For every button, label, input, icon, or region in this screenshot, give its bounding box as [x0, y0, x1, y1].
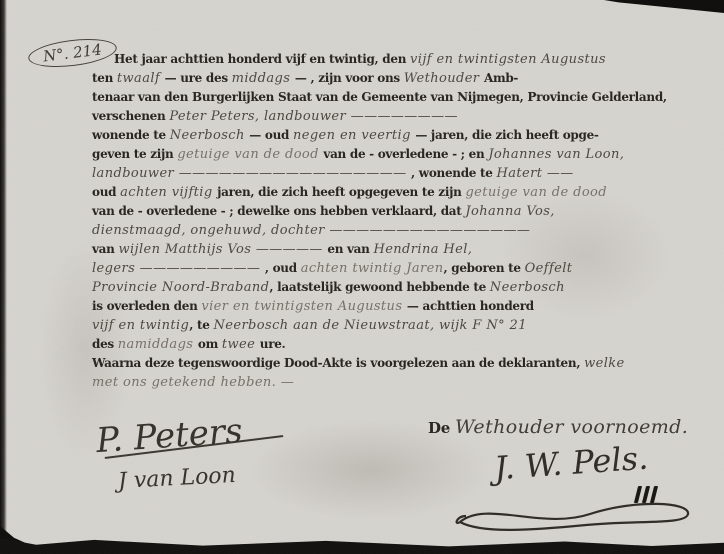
printed-text: is overleden den [92, 299, 201, 313]
form-line: oud achten vijftig jaren, die zich heeft… [92, 183, 704, 202]
handwritten-entry: vijf en twintig [92, 318, 189, 333]
printed-text: en van [327, 242, 373, 256]
form-line: vijf en twintig, te Neerbosch aan de Nie… [92, 316, 704, 335]
form-line: dienstmaagd, ongehuwd, dochter —————————… [92, 221, 704, 240]
printed-text: van de - overledene - ; dewelke ons hebb… [92, 204, 465, 218]
printed-text: Het jaar achttien honderd vijf en twinti… [114, 52, 410, 66]
handwritten-entry: twee [222, 337, 260, 352]
printed-text: des [92, 337, 118, 351]
form-line: van wijlen Matthijs Vos ————— en van Hen… [92, 240, 704, 259]
printed-text: Amb- [484, 71, 518, 85]
handwritten-entry: Provincie Noord-Braband [92, 280, 269, 295]
scan-edge-left [0, 0, 7, 554]
official-title-line: De Wethouder voornoemd. [428, 416, 688, 438]
handwritten-entry: Neerbosch [490, 280, 565, 295]
signature-official: J. W. Pels. [493, 439, 649, 488]
printed-text: — jaren, die zich heeft opge- [415, 128, 598, 142]
handwritten-entry: Neerbosch aan de Nieuwstraat, wijk F N° … [213, 318, 526, 333]
form-line: Provincie Noord-Braband, laatstelijk gew… [92, 278, 704, 297]
form-line: van de - overledene - ; dewelke ons hebb… [92, 202, 704, 221]
printed-text: om [198, 337, 222, 351]
form-line: ten twaalf — ure des middags — , zijn vo… [92, 69, 704, 88]
printed-text: van [92, 242, 118, 256]
printed-text: , wonende te [411, 166, 496, 180]
form-line: verschenen Peter Peters, landbouwer ————… [92, 107, 704, 126]
form-line: is overleden den vier en twintigsten Aug… [92, 297, 704, 316]
printed-text: — ure des [165, 71, 232, 85]
printed-text: verschenen [92, 109, 169, 123]
handwritten-entry: welke [584, 356, 625, 371]
printed-text: Waarna deze tegenswoordige Dood-Akte is … [92, 356, 584, 370]
handwritten-entry: Wethouder [404, 71, 484, 86]
scan-corner-top-right [604, 0, 724, 13]
ink-marks [634, 486, 658, 503]
handwritten-entry: Hatert —— [496, 166, 573, 181]
handwritten-entry: legers ————————— [92, 261, 265, 276]
death-certificate-scan: N°. 214 Het jaar achttien honderd vijf e… [0, 0, 724, 554]
printed-text: — , zijn voor ons [295, 71, 404, 85]
form-line: des namiddags om twee ure. [92, 335, 704, 354]
printed-text: ten [92, 71, 117, 85]
handwritten-entry: dienstmaagd, ongehuwd, dochter —————————… [92, 223, 530, 238]
handwritten-entry: getuige van de dood [177, 147, 323, 162]
printed-text: , geboren te [443, 261, 524, 275]
printed-text: van de - overledene - ; en [323, 147, 488, 161]
form-line: geven te zijn getuige van de dood van de… [92, 145, 704, 164]
handwritten-entry: Hendrina Hel, [373, 242, 472, 257]
handwritten-entry: Peter Peters, landbouwer ———————— [169, 109, 458, 124]
handwritten-entry: negen en veertig [293, 128, 415, 143]
printed-text: oud [92, 185, 120, 199]
printed-text: , laatstelijk gewoond hebbende te [269, 280, 489, 294]
handwritten-entry: vijf en twintigsten Augustus [410, 52, 606, 67]
handwritten-entry: Johannes van Loon, [488, 147, 624, 162]
handwritten-entry: wijlen Matthijs Vos ————— [118, 242, 327, 257]
signature-flourish [452, 492, 702, 534]
handwritten-entry: Wethouder voornoemd. [455, 416, 688, 438]
handwritten-entry: Oeffelt [525, 261, 573, 276]
form-line: Het jaar achttien honderd vijf en twinti… [92, 50, 704, 69]
printed-text: wonende te [92, 128, 170, 142]
handwritten-entry: Johanna Vos, [465, 204, 554, 219]
printed-text: ure. [260, 337, 286, 351]
handwritten-entry: vier en twintigsten Augustus [201, 299, 407, 314]
handwritten-entry: twaalf [117, 71, 165, 86]
form-line: tenaar van den Burgerlijken Staat van de… [92, 88, 704, 107]
handwritten-entry: middags [232, 71, 295, 86]
form-line: Waarna deze tegenswoordige Dood-Akte is … [92, 354, 704, 373]
handwritten-entry: Neerbosch [170, 128, 250, 143]
scan-edge-bottom [0, 538, 724, 554]
printed-text: — achttien honderd [407, 299, 534, 313]
printed-text: geven te zijn [92, 147, 177, 161]
handwritten-entry: achten vijftig [120, 185, 217, 200]
form-text-block: Het jaar achttien honderd vijf en twinti… [92, 50, 704, 392]
signature-declarant-2: J van Loon [117, 463, 236, 494]
form-line: met ons getekend hebben. — [92, 373, 704, 392]
handwritten-entry: landbouwer ————————————————— [92, 166, 411, 181]
printed-text: , te [189, 318, 213, 332]
form-line: wonende te Neerbosch — oud negen en veer… [92, 126, 704, 145]
handwritten-entry: namiddags [118, 337, 198, 352]
handwritten-entry: met ons getekend hebben. — [92, 375, 294, 390]
printed-text: , oud [265, 261, 301, 275]
printed-text: — oud [249, 128, 293, 142]
form-line: landbouwer ————————————————— , wonende t… [92, 164, 704, 183]
handwritten-entry: achten twintig Jaren [301, 261, 444, 276]
handwritten-entry: getuige van de dood [465, 185, 607, 200]
printed-text: jaren, die zich heeft opgegeven te zijn [217, 185, 465, 199]
printed-text: tenaar van den Burgerlijken Staat van de… [92, 90, 667, 104]
printed-text: De [428, 419, 450, 437]
form-line: legers ————————— , oud achten twintig Ja… [92, 259, 704, 278]
